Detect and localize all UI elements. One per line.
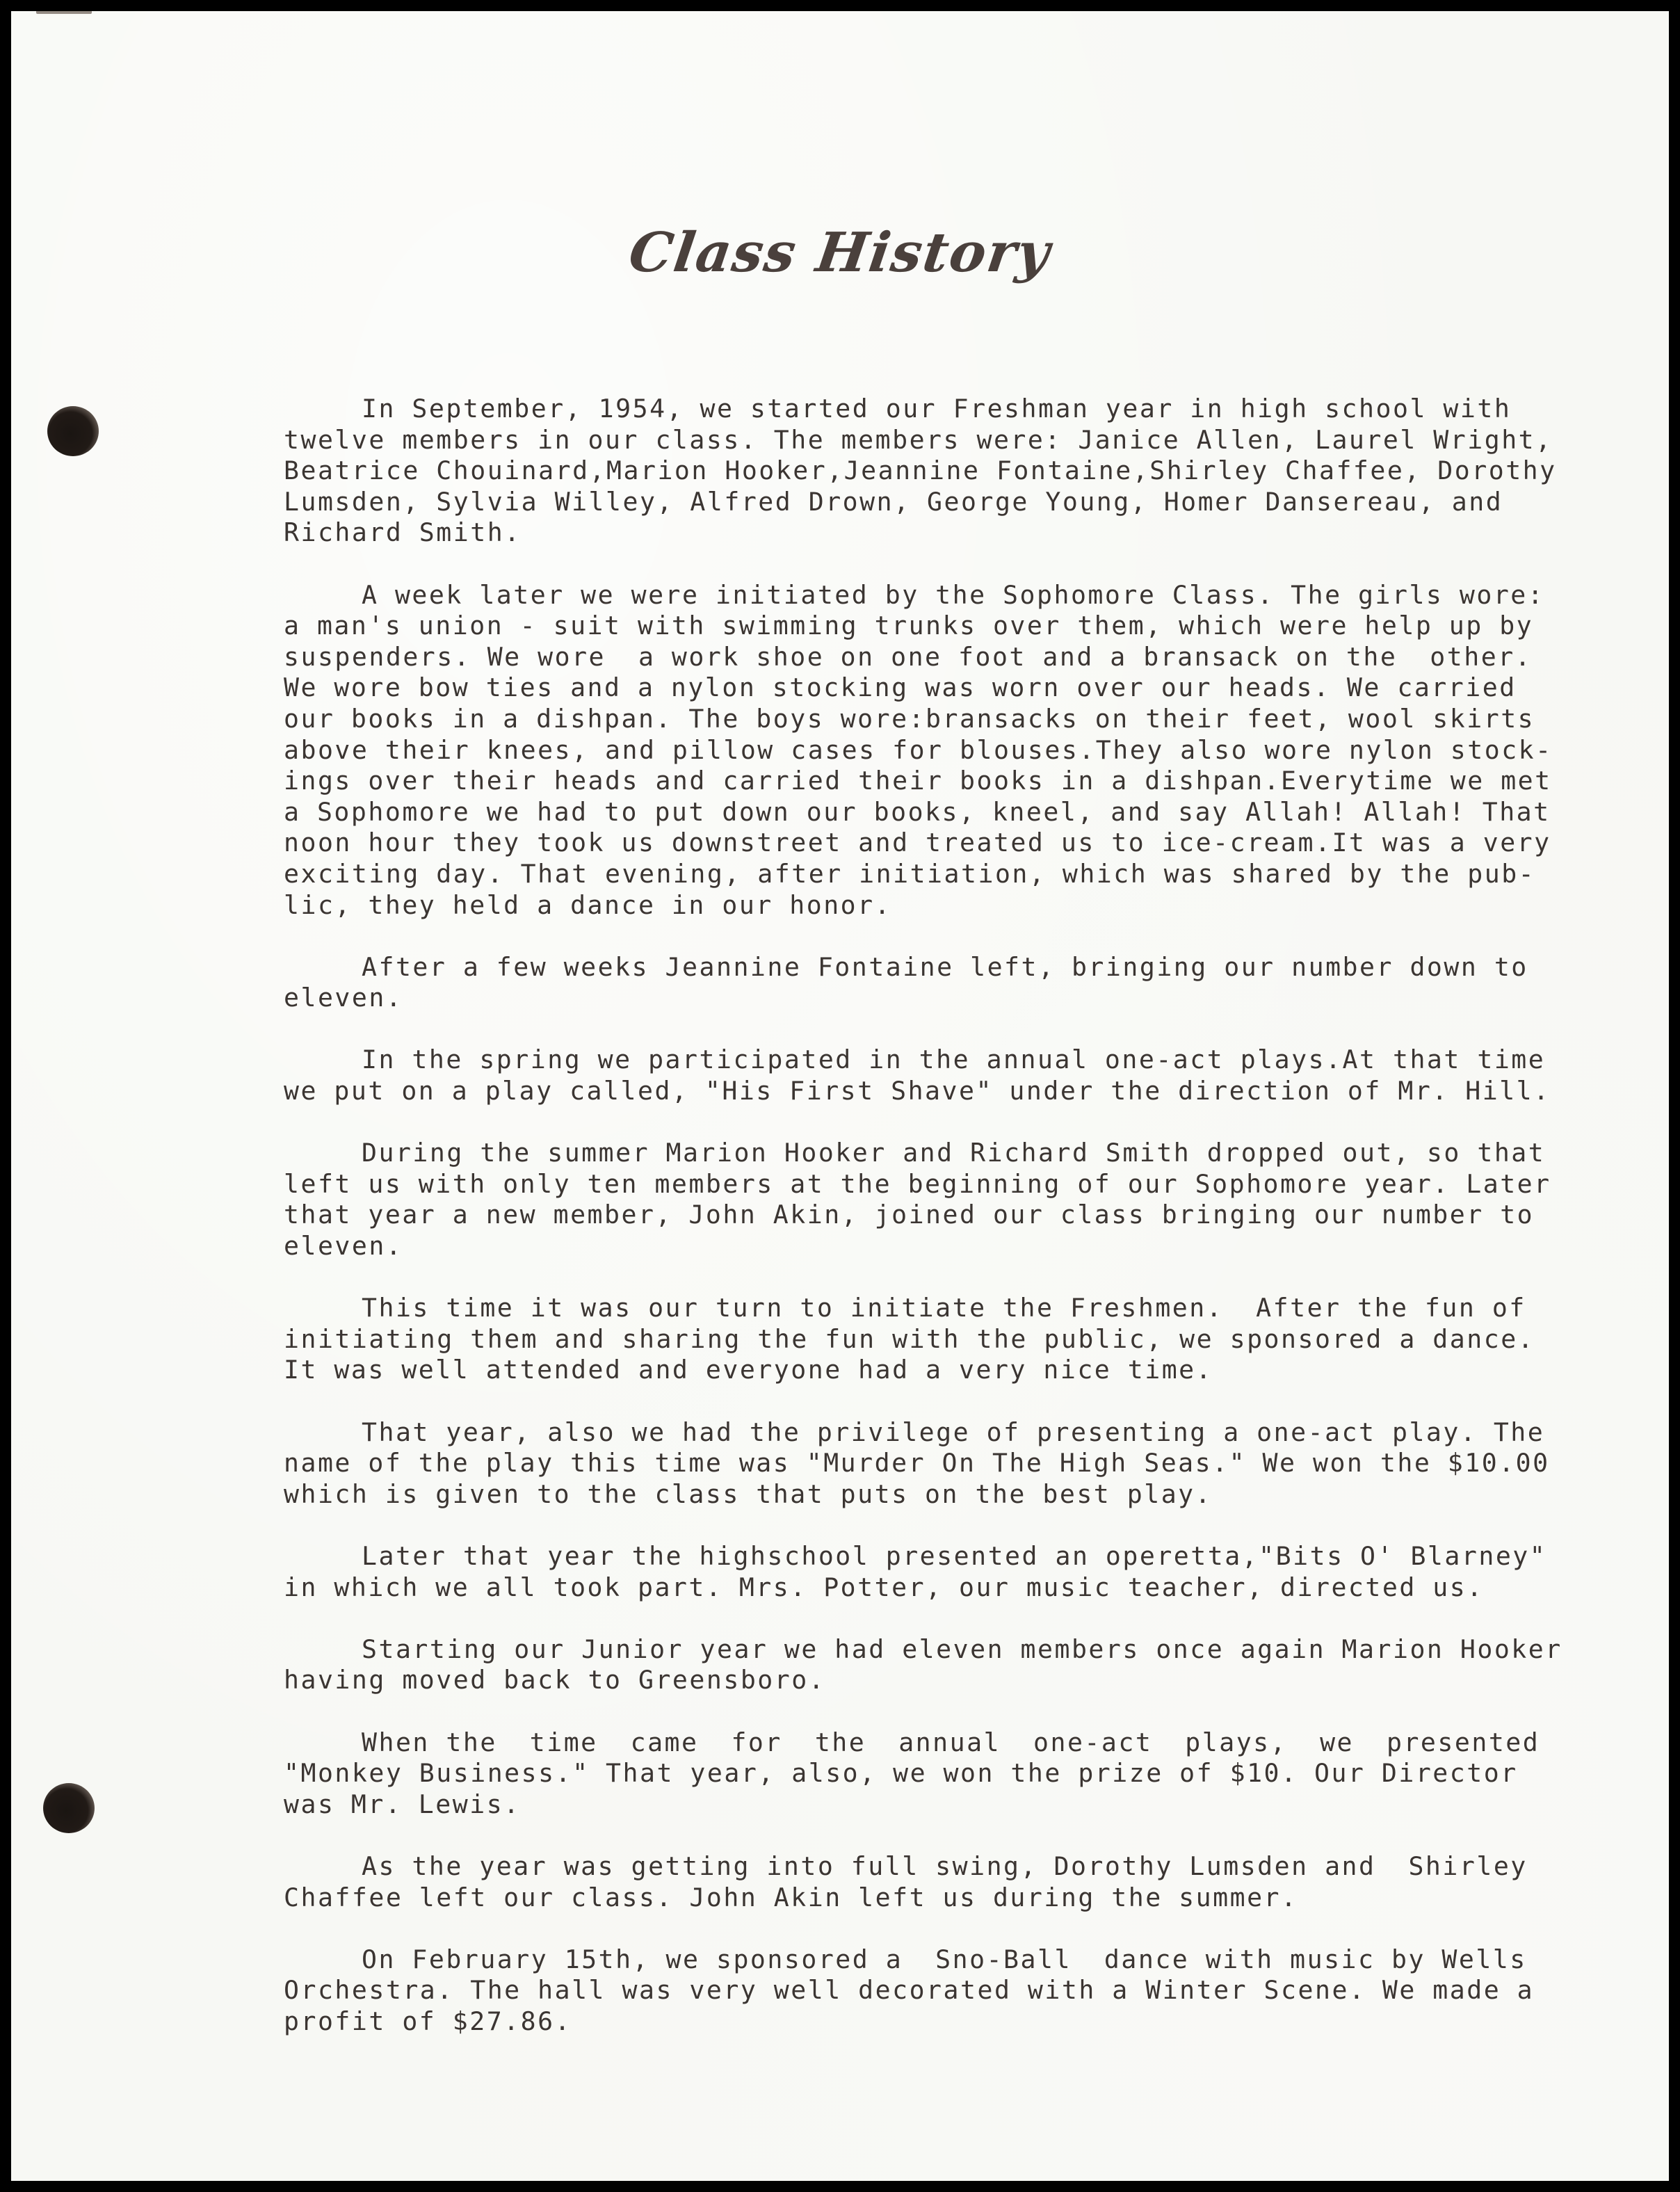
paragraph: During the summer Marion Hooker and Rich… [284, 1138, 1466, 1262]
text-line: profit of $27.86. [284, 2006, 1466, 2038]
text-line: In the spring we participated in the ann… [284, 1045, 1466, 1076]
text-line: a man's union - suit with swimming trunk… [284, 611, 1466, 642]
paragraph: A week later we were initiated by the So… [284, 580, 1466, 921]
text-line: our books in a dishpan. The boys wore:br… [284, 704, 1466, 735]
text-line: initiating them and sharing the fun with… [284, 1324, 1466, 1355]
text-line: eleven. [284, 1231, 1466, 1262]
page-title: Class History [0, 221, 1680, 284]
text-line: That year, also we had the privilege of … [284, 1417, 1466, 1449]
text-line: having moved back to Greensboro. [284, 1665, 1466, 1696]
paragraph: When the time came for the annual one-ac… [284, 1727, 1466, 1821]
text-line: "Monkey Business." That year, also, we w… [284, 1758, 1466, 1789]
text-line: Later that year the highschool presented… [284, 1541, 1466, 1572]
text-line: Beatrice Chouinard,Marion Hooker,Jeannin… [284, 456, 1466, 487]
text-line: It was well attended and everyone had a … [284, 1355, 1466, 1386]
punch-hole-top [47, 406, 99, 456]
text-line: that year a new member, John Akin, joine… [284, 1200, 1466, 1231]
text-line: name of the play this time was "Murder O… [284, 1448, 1466, 1479]
text-line: On February 15th, we sponsored a Sno-Bal… [284, 1944, 1466, 1976]
paragraph: In the spring we participated in the ann… [284, 1045, 1466, 1106]
text-line: twelve members in our class. The members… [284, 425, 1466, 456]
text-line: which is given to the class that puts on… [284, 1479, 1466, 1510]
text-line: in which we all took part. Mrs. Potter, … [284, 1572, 1466, 1604]
text-line: This time it was our turn to initiate th… [284, 1293, 1466, 1324]
text-line: ings over their heads and carried their … [284, 766, 1466, 797]
document-body: In September, 1954, we started our Fresh… [284, 394, 1466, 2068]
text-line: After a few weeks Jeannine Fontaine left… [284, 952, 1466, 983]
paragraph: That year, also we had the privilege of … [284, 1417, 1466, 1510]
text-line: Orchestra. The hall was very well decora… [284, 1975, 1466, 2006]
text-line: When the time came for the annual one-ac… [284, 1727, 1466, 1759]
text-line: Richard Smith. [284, 517, 1466, 549]
paragraph: On February 15th, we sponsored a Sno-Bal… [284, 1944, 1466, 2038]
text-line: Starting our Junior year we had eleven m… [284, 1634, 1466, 1666]
text-line: exciting day. That evening, after initia… [284, 859, 1466, 890]
text-line: As the year was getting into full swing,… [284, 1851, 1466, 1883]
paragraph: In September, 1954, we started our Fresh… [284, 394, 1466, 549]
text-line: Lumsden, Sylvia Willey, Alfred Drown, Ge… [284, 487, 1466, 518]
text-line: noon hour they took us downstreet and tr… [284, 828, 1466, 859]
punch-hole-bottom [43, 1783, 95, 1833]
text-line: eleven. [284, 983, 1466, 1014]
text-line: a Sophomore we had to put down our books… [284, 797, 1466, 828]
text-line: suspenders. We wore a work shoe on one f… [284, 642, 1466, 673]
paper-tear-mark [36, 11, 92, 14]
text-line: was Mr. Lewis. [284, 1789, 1466, 1821]
text-line: left us with only ten members at the beg… [284, 1169, 1466, 1200]
text-line: lic, they held a dance in our honor. [284, 890, 1466, 921]
text-line: we put on a play called, "His First Shav… [284, 1076, 1466, 1107]
text-line: A week later we were initiated by the So… [284, 580, 1466, 611]
paragraph: Starting our Junior year we had eleven m… [284, 1634, 1466, 1696]
paragraph: As the year was getting into full swing,… [284, 1851, 1466, 1913]
text-line: During the summer Marion Hooker and Rich… [284, 1138, 1466, 1169]
paragraph: Later that year the highschool presented… [284, 1541, 1466, 1603]
paragraph: This time it was our turn to initiate th… [284, 1293, 1466, 1386]
text-line: We wore bow ties and a nylon stocking wa… [284, 672, 1466, 704]
text-line: Chaffee left our class. John Akin left u… [284, 1883, 1466, 1914]
text-line: In September, 1954, we started our Fresh… [284, 394, 1466, 425]
text-line: above their knees, and pillow cases for … [284, 735, 1466, 766]
paragraph: After a few weeks Jeannine Fontaine left… [284, 952, 1466, 1014]
